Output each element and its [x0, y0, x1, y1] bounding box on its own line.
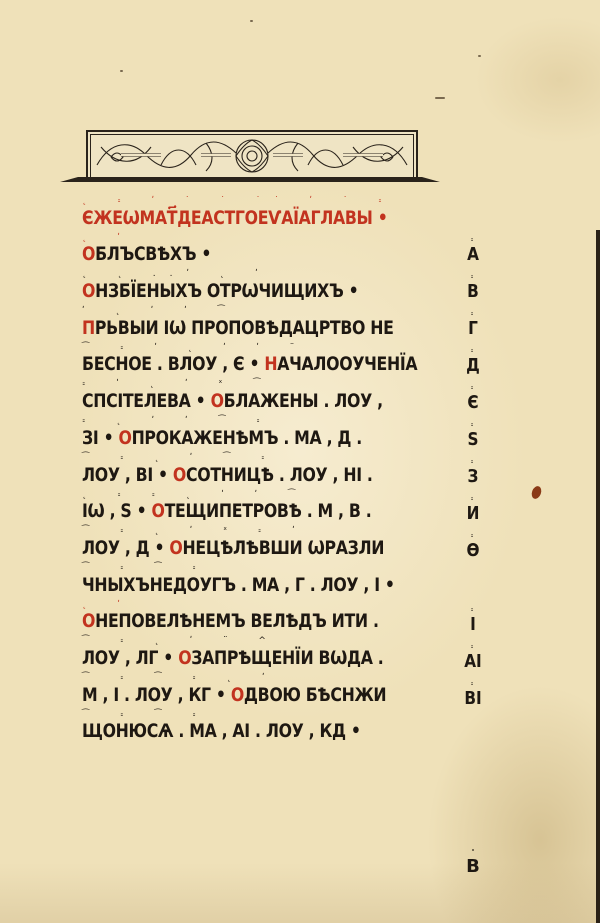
paper-speck	[250, 20, 253, 22]
margin-number: ꞊И	[458, 495, 488, 532]
manuscript-page: ˛ ꞊ ʹ ˙ ˙ ˙˙ ʹ ˙ ꞊ ЄЖЕѠМАТ҃ДЕАСТГОЕѴАЇАГ…	[0, 0, 600, 923]
red-initial: О	[211, 390, 224, 412]
red-initial: О	[173, 464, 186, 486]
red-initial: О	[152, 500, 165, 522]
ornamental-headpiece	[86, 130, 418, 182]
margin-number: ꞊Ѳ	[458, 532, 488, 569]
folio-number: ꞊ В	[458, 848, 488, 877]
page-edge-shadow	[596, 230, 600, 923]
text-line: ꞊ ʹ ˛ ʹ ˣ ⁀ СПСІТЕЛЕВА • ОБЛАЖЕНЫ . ЛОУ …	[82, 379, 422, 416]
headpiece-base-rule	[60, 178, 440, 182]
margin-chapter-numbers: ꞊А ꞊В ꞊Г ꞊Д ꞊Є ꞊Ѕ ꞊З ꞊И ꞊Ѳ ꞊І ꞊АІ ꞊ВІ	[458, 236, 488, 717]
text-line: ˛ ꞊ ꞊ ˛ ʹ ʹ ⁀ ІѠ , Ѕ • ОТЕЩИПЕТРОВѢ . М …	[82, 490, 422, 527]
text-line: ⁀ ꞊ ˛ ʹ ˣ ꞊ ʹ ЛОУ , Д • ОНЕЦѢЛѢВШИ ѠРАЗЛ…	[82, 526, 422, 563]
floral-ornament-icon	[91, 135, 413, 177]
red-initial: О	[178, 647, 191, 669]
text-line: ʹ ˛ ʹ ʹ ⁀ ПРЬВЫИ ІѠ ПРОПОВѢДАЦРТВО НЕ	[82, 306, 422, 343]
margin-number: ꞊Є	[458, 384, 488, 421]
red-initial: О	[169, 537, 182, 559]
chapter-index-text: ˛ ꞊ ʹ ˙ ˙ ˙˙ ʹ ˙ ꞊ ЄЖЕѠМАТ҃ДЕАСТГОЕѴАЇАГ…	[82, 196, 422, 746]
margin-number: ꞊І	[458, 606, 488, 643]
red-initial: Н	[264, 353, 277, 375]
text-line: ⁀ ꞊ ʹ ˛ ʹ ʹ ¨ БЕСНОЕ . ВЛОУ , Є • НАЧАЛО…	[82, 343, 422, 380]
text-line: ˛ ʹ ОНЕПОВЕЛѢНЕМЪ ВЕЛѢДЪ ИТИ .	[82, 600, 422, 637]
text-line: ⁀ ꞊ ⁀ ꞊ ˛ ʹ М , І . ЛОУ , КГ • ОДВОЮ БѢС…	[82, 673, 422, 710]
margin-number: ꞊АІ	[458, 643, 488, 680]
paper-speck	[435, 97, 445, 99]
text-line: ˛ ˛ ..ʹ ˛ ʹ ОНЗБЇЕНЫХЪ ОТРѠЧИЩИХЪ •	[82, 269, 422, 306]
margin-number: ꞊Г	[458, 310, 488, 347]
text-line: ⁀ ꞊ ⁀ ꞊ ЩОНЮСѦ . МА , АІ . ЛОУ , КД •	[82, 710, 422, 747]
text-line: ˛ ʹ ОБЛЪСВѢХЪ •	[82, 233, 422, 270]
text-line: ꞊ ˛ ʹ ʹ ⁀ ꞊ ЗІ • ОПРОКАЖЕНѢМЪ . МА , Д .	[82, 416, 422, 453]
paper-speck	[478, 55, 481, 57]
red-initial: О	[82, 243, 95, 265]
red-initial: О	[231, 684, 244, 706]
red-initial: О	[118, 427, 131, 449]
red-initial: О	[82, 610, 95, 632]
paper-shading	[0, 863, 600, 923]
margin-number: ꞊З	[458, 458, 488, 495]
red-initial: О	[82, 280, 95, 302]
text-line: ⁀ ꞊ ⁀ ꞊ ЧНЫХЪНЕДОУГЪ . МА , Г . ЛОУ , І …	[82, 563, 422, 600]
ink-stain	[530, 485, 543, 500]
title-line: ˛ ꞊ ʹ ˙ ˙ ˙˙ ʹ ˙ ꞊ ЄЖЕѠМАТ҃ДЕАСТГОЕѴАЇАГ…	[82, 196, 422, 233]
margin-number: ꞊ВІ	[458, 680, 488, 717]
margin-number: ꞊В	[458, 273, 488, 310]
margin-number: ꞊Д	[458, 347, 488, 384]
text-line: ⁀ ꞊ ˛ ʹ ¨ ^ ЛОУ , ЛГ • ОЗАПРѢЩЕНЇИ ВѠДА …	[82, 636, 422, 673]
margin-number: ꞊А	[458, 236, 488, 273]
text-line: ⁀ ꞊ ˛ ʹ ⁀ ꞊ ЛОУ , ВІ • ОСОТНИЦѢ . ЛОУ , …	[82, 453, 422, 490]
margin-number: ꞊Ѕ	[458, 421, 488, 458]
rubric-title: ЄЖЕѠМАТ҃ДЕАСТГОЕѴАЇАГЛАВЫ •	[82, 207, 387, 229]
red-initial: П	[82, 317, 95, 339]
paper-speck	[120, 70, 123, 72]
